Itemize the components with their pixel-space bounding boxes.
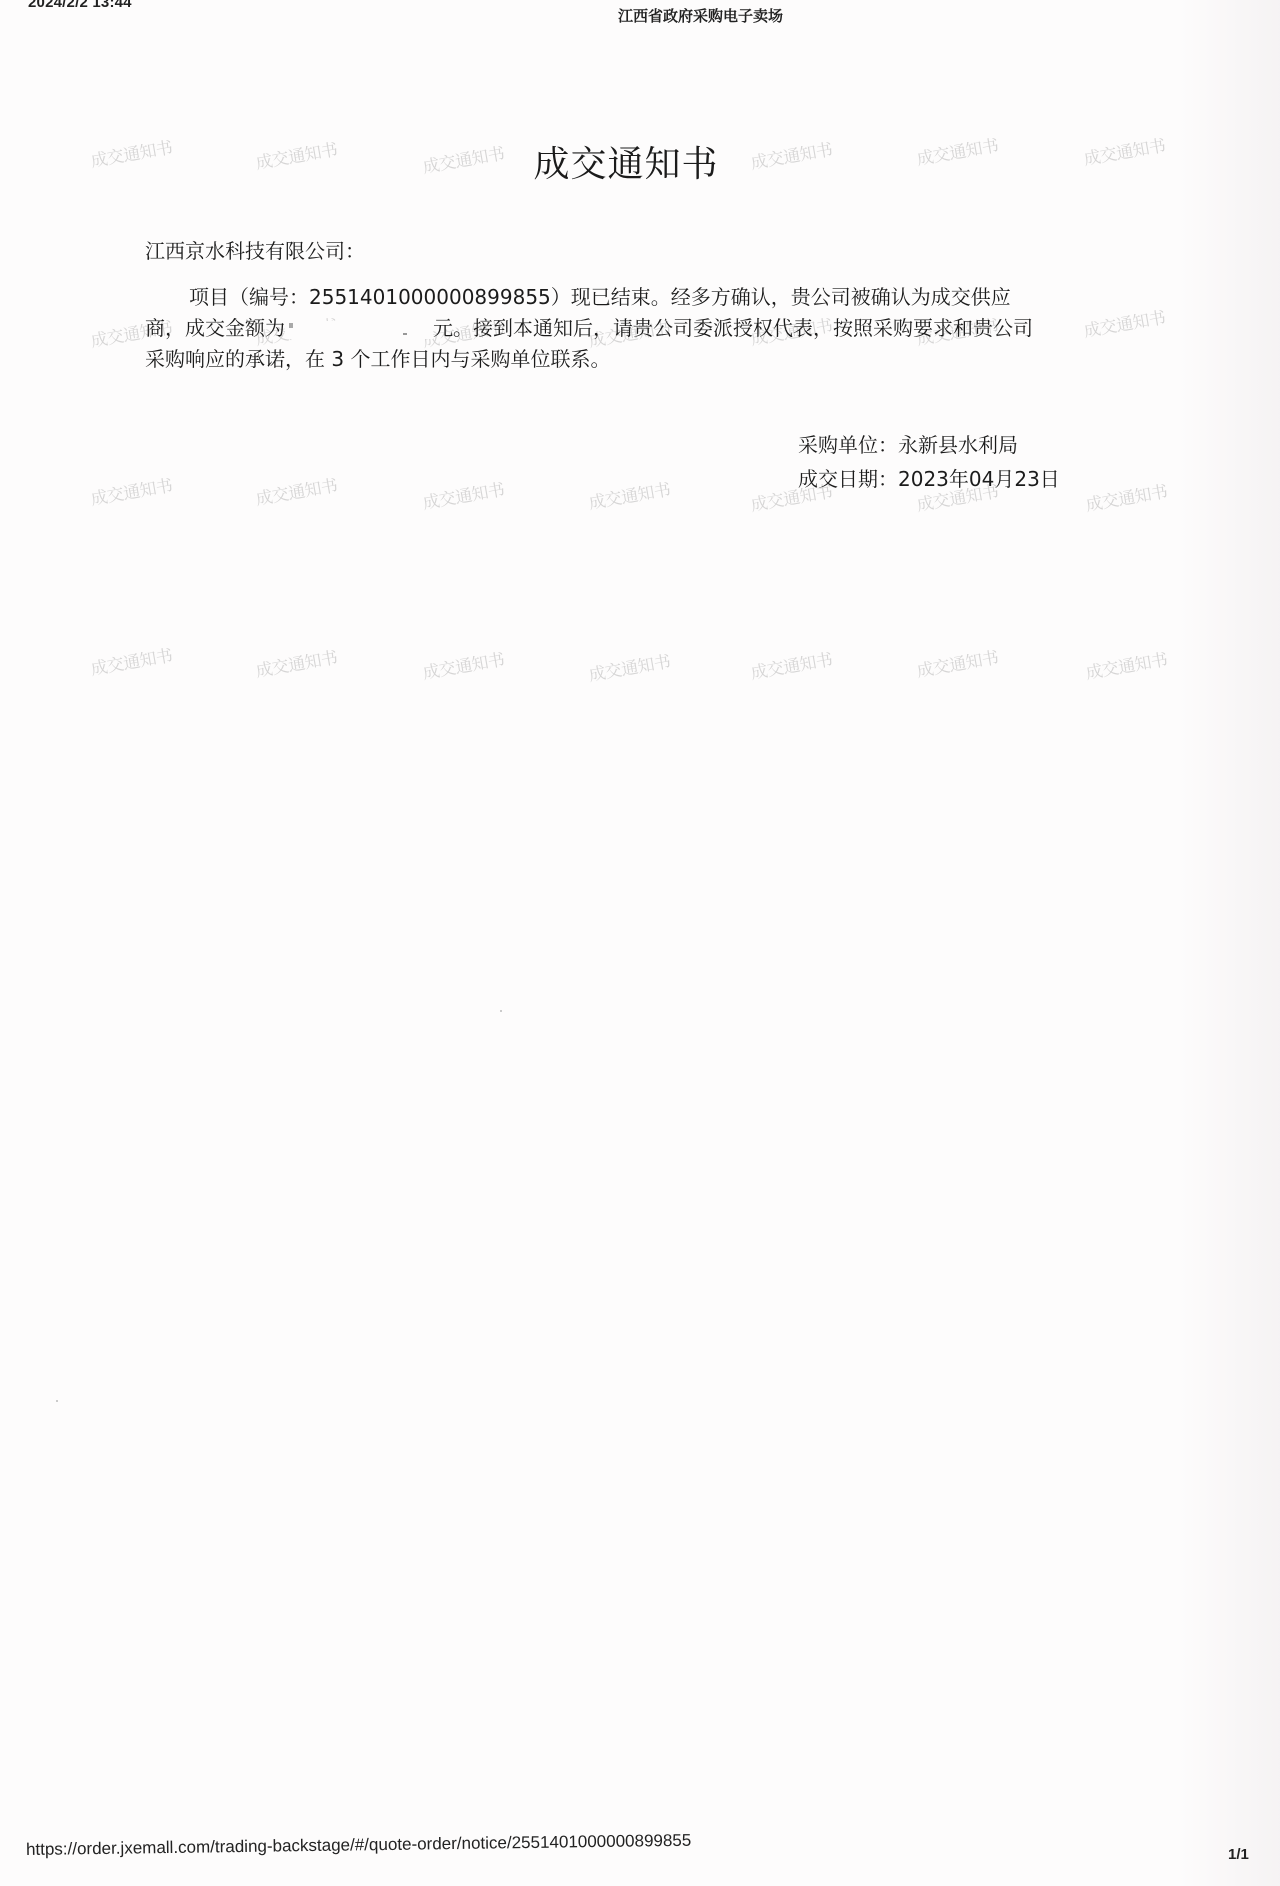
print-footer-url: https://order.jxemall.com/trading-backst… bbox=[26, 1831, 692, 1860]
date-row: 成交日期：2023年04月23日 bbox=[798, 462, 1060, 496]
recipient-name: 江西京水科技有限公司： bbox=[145, 235, 365, 264]
scan-speck bbox=[56, 1400, 58, 1402]
watermark: 成交通知书 bbox=[253, 643, 339, 682]
watermark: 成交通知书 bbox=[420, 645, 506, 684]
watermark: 成交通知书 bbox=[253, 471, 339, 510]
print-site-title: 江西省政府采购电子卖场 bbox=[618, 5, 783, 26]
signoff-block: 采购单位：永新县水利局 成交日期：2023年04月23日 bbox=[798, 428, 1060, 496]
date-label: 成交日期： bbox=[798, 467, 898, 491]
purchaser-row: 采购单位：永新县水利局 bbox=[798, 428, 1060, 462]
watermark: 成交通知书 bbox=[1083, 645, 1169, 684]
watermark: 成交通知书 bbox=[88, 471, 174, 510]
scan-speck bbox=[500, 1010, 502, 1012]
purchaser-value: 永新县水利局 bbox=[898, 433, 1018, 457]
body-line-2: 商，成交金额为元。接到本通知后，请贵公司委派授权代表，按照采购要求和贵公司 bbox=[145, 313, 1105, 344]
body-line-1: 项目（编号：2551401000000899855）现已结束。经多方确认，贵公司… bbox=[145, 282, 1105, 313]
watermark: 成交通知书 bbox=[748, 645, 834, 684]
watermark: 成交通知书 bbox=[1083, 477, 1169, 516]
date-value: 2023年04月23日 bbox=[898, 467, 1060, 491]
page-indicator: 1/1 bbox=[1228, 1846, 1249, 1863]
watermark: 成交通知书 bbox=[88, 641, 174, 680]
print-timestamp: 2024/2/2 13:44 bbox=[28, 0, 132, 11]
watermark: 成交通知书 bbox=[914, 643, 1000, 682]
watermark: 成交通知书 bbox=[420, 475, 506, 514]
document-title: 成交通知书 bbox=[0, 136, 1252, 187]
watermark: 成交通知书 bbox=[586, 647, 672, 686]
redacted-amount bbox=[285, 321, 433, 339]
body-line-2-suffix: 元。接到本通知后，请贵公司委派授权代表，按照采购要求和贵公司 bbox=[433, 316, 1033, 340]
watermark: 成交通知书 bbox=[586, 475, 672, 514]
purchaser-label: 采购单位： bbox=[798, 433, 898, 457]
notice-body: 项目（编号：2551401000000899855）现已结束。经多方确认，贵公司… bbox=[145, 282, 1105, 375]
body-line-3: 采购响应的承诺，在 3 个工作日内与采购单位联系。 bbox=[145, 344, 1105, 375]
body-line-2-prefix: 商，成交金额为 bbox=[145, 316, 285, 340]
